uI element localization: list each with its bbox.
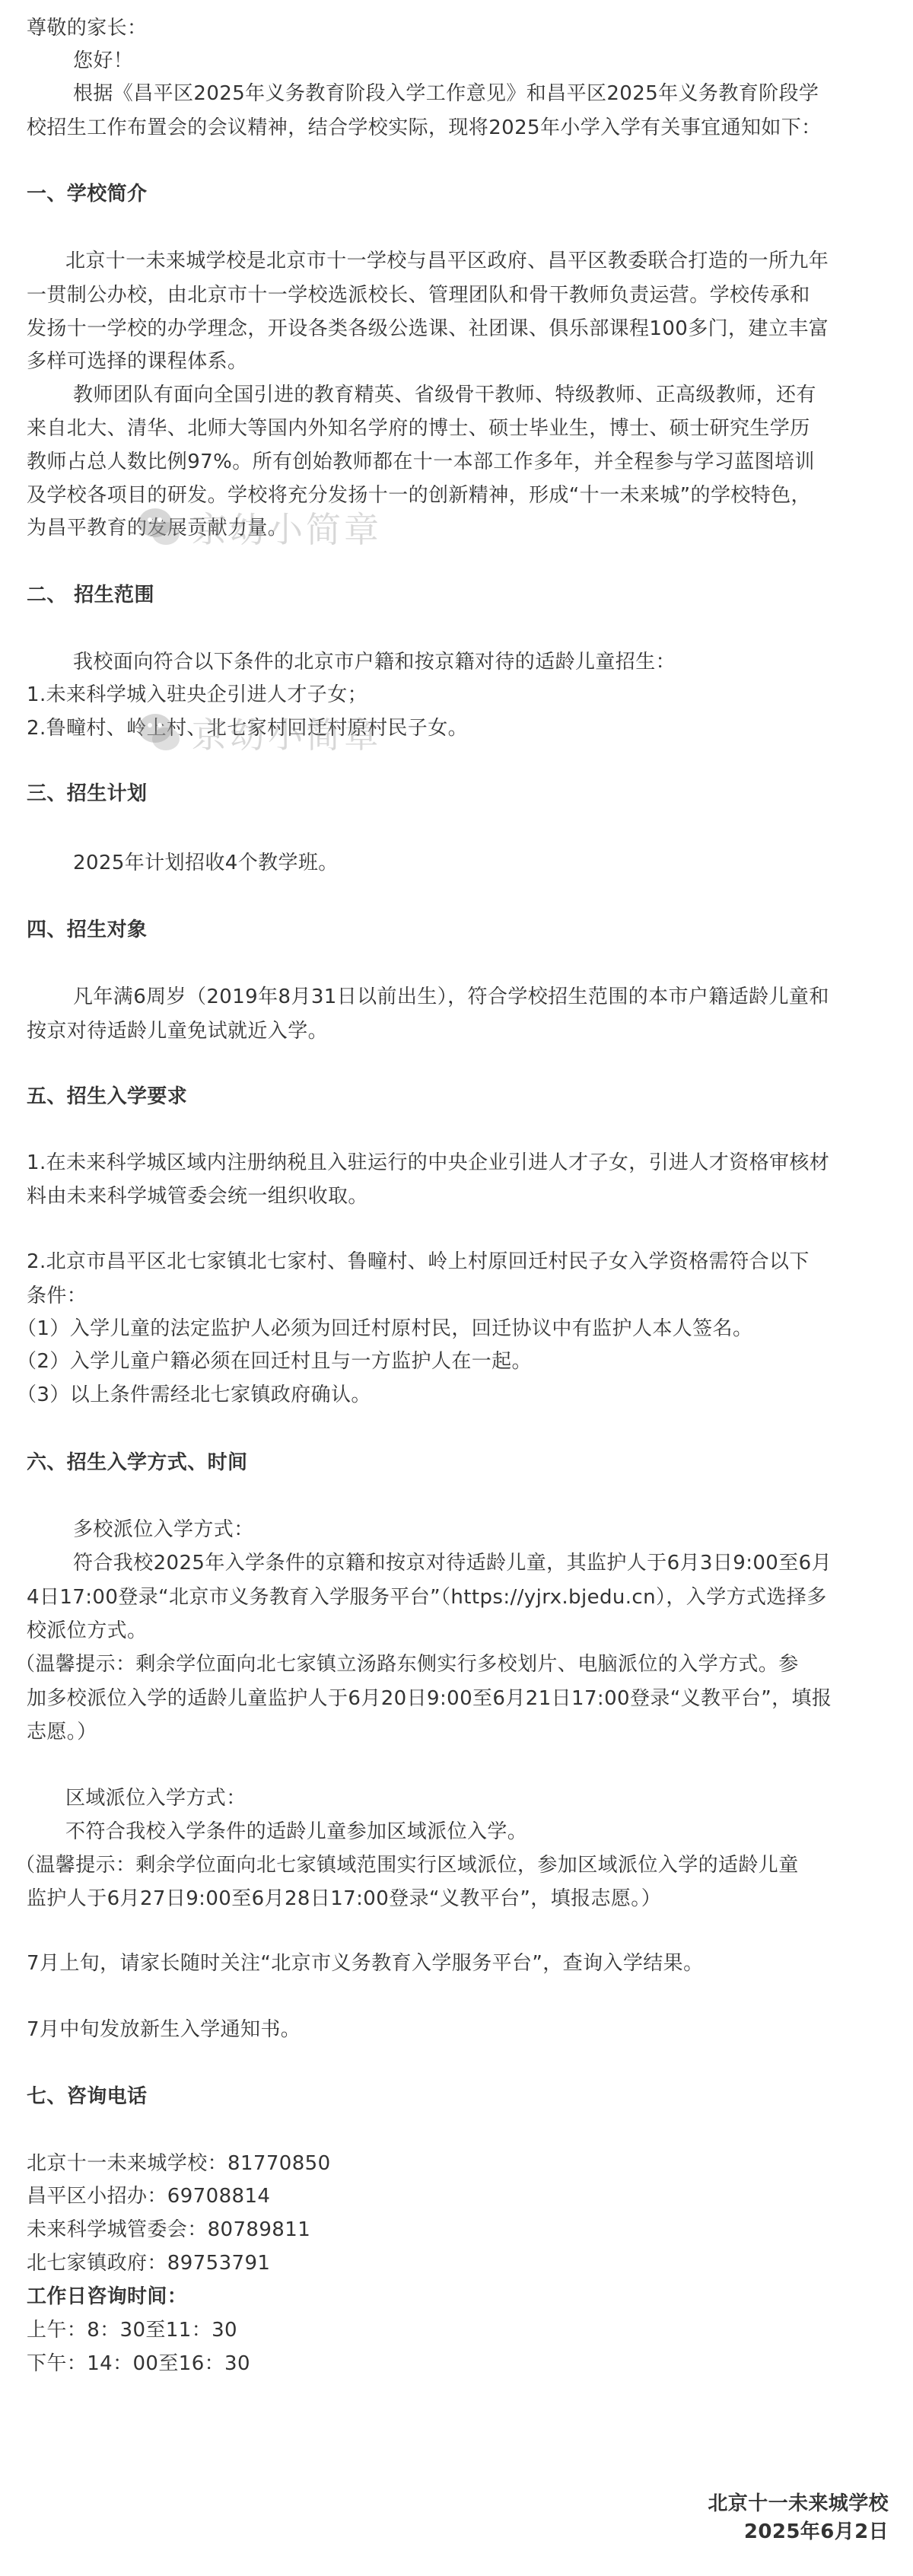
- paragraph-line: 及学校各项目的研发。学校将充分发扬十一的创新精神，形成“十一未来城”的学校特色，: [27, 482, 811, 509]
- hours-item: 上午：8：30至11：30: [27, 2316, 237, 2344]
- paragraph-line: 多样可选择的课程体系。: [27, 348, 247, 375]
- condition-item: （2）入学儿童户籍必须在回迁村且与一方监护人在一起。: [17, 1348, 532, 1375]
- list-item: 2.鲁疃村、岭上村、北七家村回迁村原村民子女。: [27, 715, 468, 742]
- paragraph-line: 料由未来科学城管委会统一组织收取。: [27, 1183, 368, 1210]
- paragraph-line: 教师占总人数比例97%。所有创始教师都在十一本部工作多年，并全程参与学习蓝图培训: [27, 448, 815, 476]
- paragraph-line: 凡年满6周岁（2019年8月31日以前出生），符合学校招生范围的本市户籍适龄儿童…: [73, 983, 829, 1011]
- paragraph-line: 不符合我校入学条件的适龄儿童参加区域派位入学。: [65, 1818, 527, 1845]
- paragraph-line: 7月上旬，请家长随时关注“北京市义务教育入学服务平台”，查询入学结果。: [27, 1950, 703, 1977]
- section-heading-7: 七、咨询电话: [27, 2083, 147, 2110]
- paragraph-line: 按京对待适龄儿童免试就近入学。: [27, 1017, 328, 1045]
- section-heading-4: 四、招生对象: [27, 916, 147, 944]
- subheading: 多校派位入学方式：: [73, 1516, 254, 1543]
- tip-line: （温馨提示：剩余学位面向北七家镇域范围实行区域派位，参加区域派位入学的适龄儿童: [15, 1852, 799, 1879]
- contact-item: 昌平区小招办：69708814: [27, 2183, 270, 2210]
- section-heading-1: 一、学校简介: [27, 180, 147, 208]
- tip-line: 加多校派位入学的适龄儿童监护人于6月20日9:00至6月21日17:00登录“义…: [27, 1685, 832, 1712]
- condition-item: （1）入学儿童的法定监护人必须为回迁村原村民，回迁协议中有监护人本人签名。: [17, 1315, 752, 1342]
- paragraph-line: 为昌平教育的发展贡献力量。: [27, 514, 288, 542]
- tip-line: 志愿。）: [27, 1718, 97, 1746]
- signature-school: 北京十一未来城学校: [708, 2490, 889, 2517]
- hours-item: 下午：14：00至16：30: [27, 2350, 250, 2377]
- paragraph-line: 7月中旬发放新生入学通知书。: [27, 2016, 301, 2043]
- paragraph-line: 条件：: [27, 1282, 87, 1310]
- tip-line: （温馨提示：剩余学位面向北七家镇立汤路东侧实行多校划片、电脑派位的入学方式。参: [15, 1651, 799, 1678]
- paragraph-line: 校派位方式。: [27, 1617, 147, 1645]
- signature-date: 2025年6月2日: [744, 2518, 889, 2546]
- list-item: 1.未来科学城入驻央企引进人才子女；: [27, 681, 367, 708]
- section-heading-5: 五、招生入学要求: [27, 1083, 187, 1110]
- paragraph-line: 4日17:00登录“北京市义务教育入学服务平台”（https://yjrx.bj…: [27, 1584, 827, 1611]
- paragraph-line: 符合我校2025年入学条件的京籍和按京对待适龄儿童，其监护人于6月3日9:00至…: [73, 1549, 832, 1577]
- hello: 您好！: [73, 47, 133, 75]
- paragraph-line: 2025年计划招收4个教学班。: [73, 849, 339, 877]
- contact-item: 未来科学城管委会：80789811: [27, 2216, 310, 2243]
- intro-line: 根据《昌平区2025年义务教育阶段入学工作意见》和昌平区2025年义务教育阶段学: [73, 80, 819, 107]
- contact-item: 北七家镇政府：89753791: [27, 2250, 270, 2277]
- paragraph-line: 2.北京市昌平区北七家镇北七家村、鲁疃村、岭上村原回迁村民子女入学资格需符合以下: [27, 1248, 810, 1275]
- subheading: 区域派位入学方式：: [65, 1785, 247, 1812]
- paragraph-line: 北京十一未来城学校是北京市十一学校与昌平区政府、昌平区教委联合打造的一所九年: [65, 247, 829, 275]
- paragraph-line: 教师团队有面向全国引进的教育精英、省级骨干教师、特级教师、正高级教师，还有: [73, 381, 816, 409]
- paragraph-line: 来自北大、清华、北师大等国内外知名学府的博士、硕士毕业生，博士、硕士研究生学历: [27, 415, 810, 442]
- hours-label: 工作日咨询时间：: [27, 2283, 187, 2310]
- paragraph-line: 发扬十一学校的办学理念，开设各类各级公选课、社团课、俱乐部课程100多门，建立丰…: [27, 315, 829, 342]
- condition-item: （3）以上条件需经北七家镇政府确认。: [17, 1381, 371, 1409]
- section-heading-6: 六、招生入学方式、时间: [27, 1449, 247, 1476]
- paragraph-line: 我校面向符合以下条件的北京市户籍和按京籍对待的适龄儿童招生：: [73, 648, 676, 676]
- paragraph-line: 一贯制公办校，由北京市十一学校选派校长、管理团队和骨干教师负责运营。学校传承和: [27, 282, 810, 309]
- tip-line: 监护人于6月27日9:00至6月28日17:00登录“义教平台”，填报志愿。）: [27, 1885, 661, 1912]
- greeting: 尊敬的家长：: [27, 14, 147, 42]
- contact-item: 北京十一未来城学校：81770850: [27, 2150, 331, 2177]
- intro-line: 校招生工作布置会的会议精神，结合学校实际，现将2025年小学入学有关事宜通知如下…: [27, 114, 822, 142]
- paragraph-line: 1.在未来科学城区域内注册纳税且入驻运行的中央企业引进人才子女，引进人才资格审核…: [27, 1149, 829, 1177]
- section-heading-2: 二、 招生范围: [27, 581, 154, 609]
- section-heading-3: 三、招生计划: [27, 780, 147, 807]
